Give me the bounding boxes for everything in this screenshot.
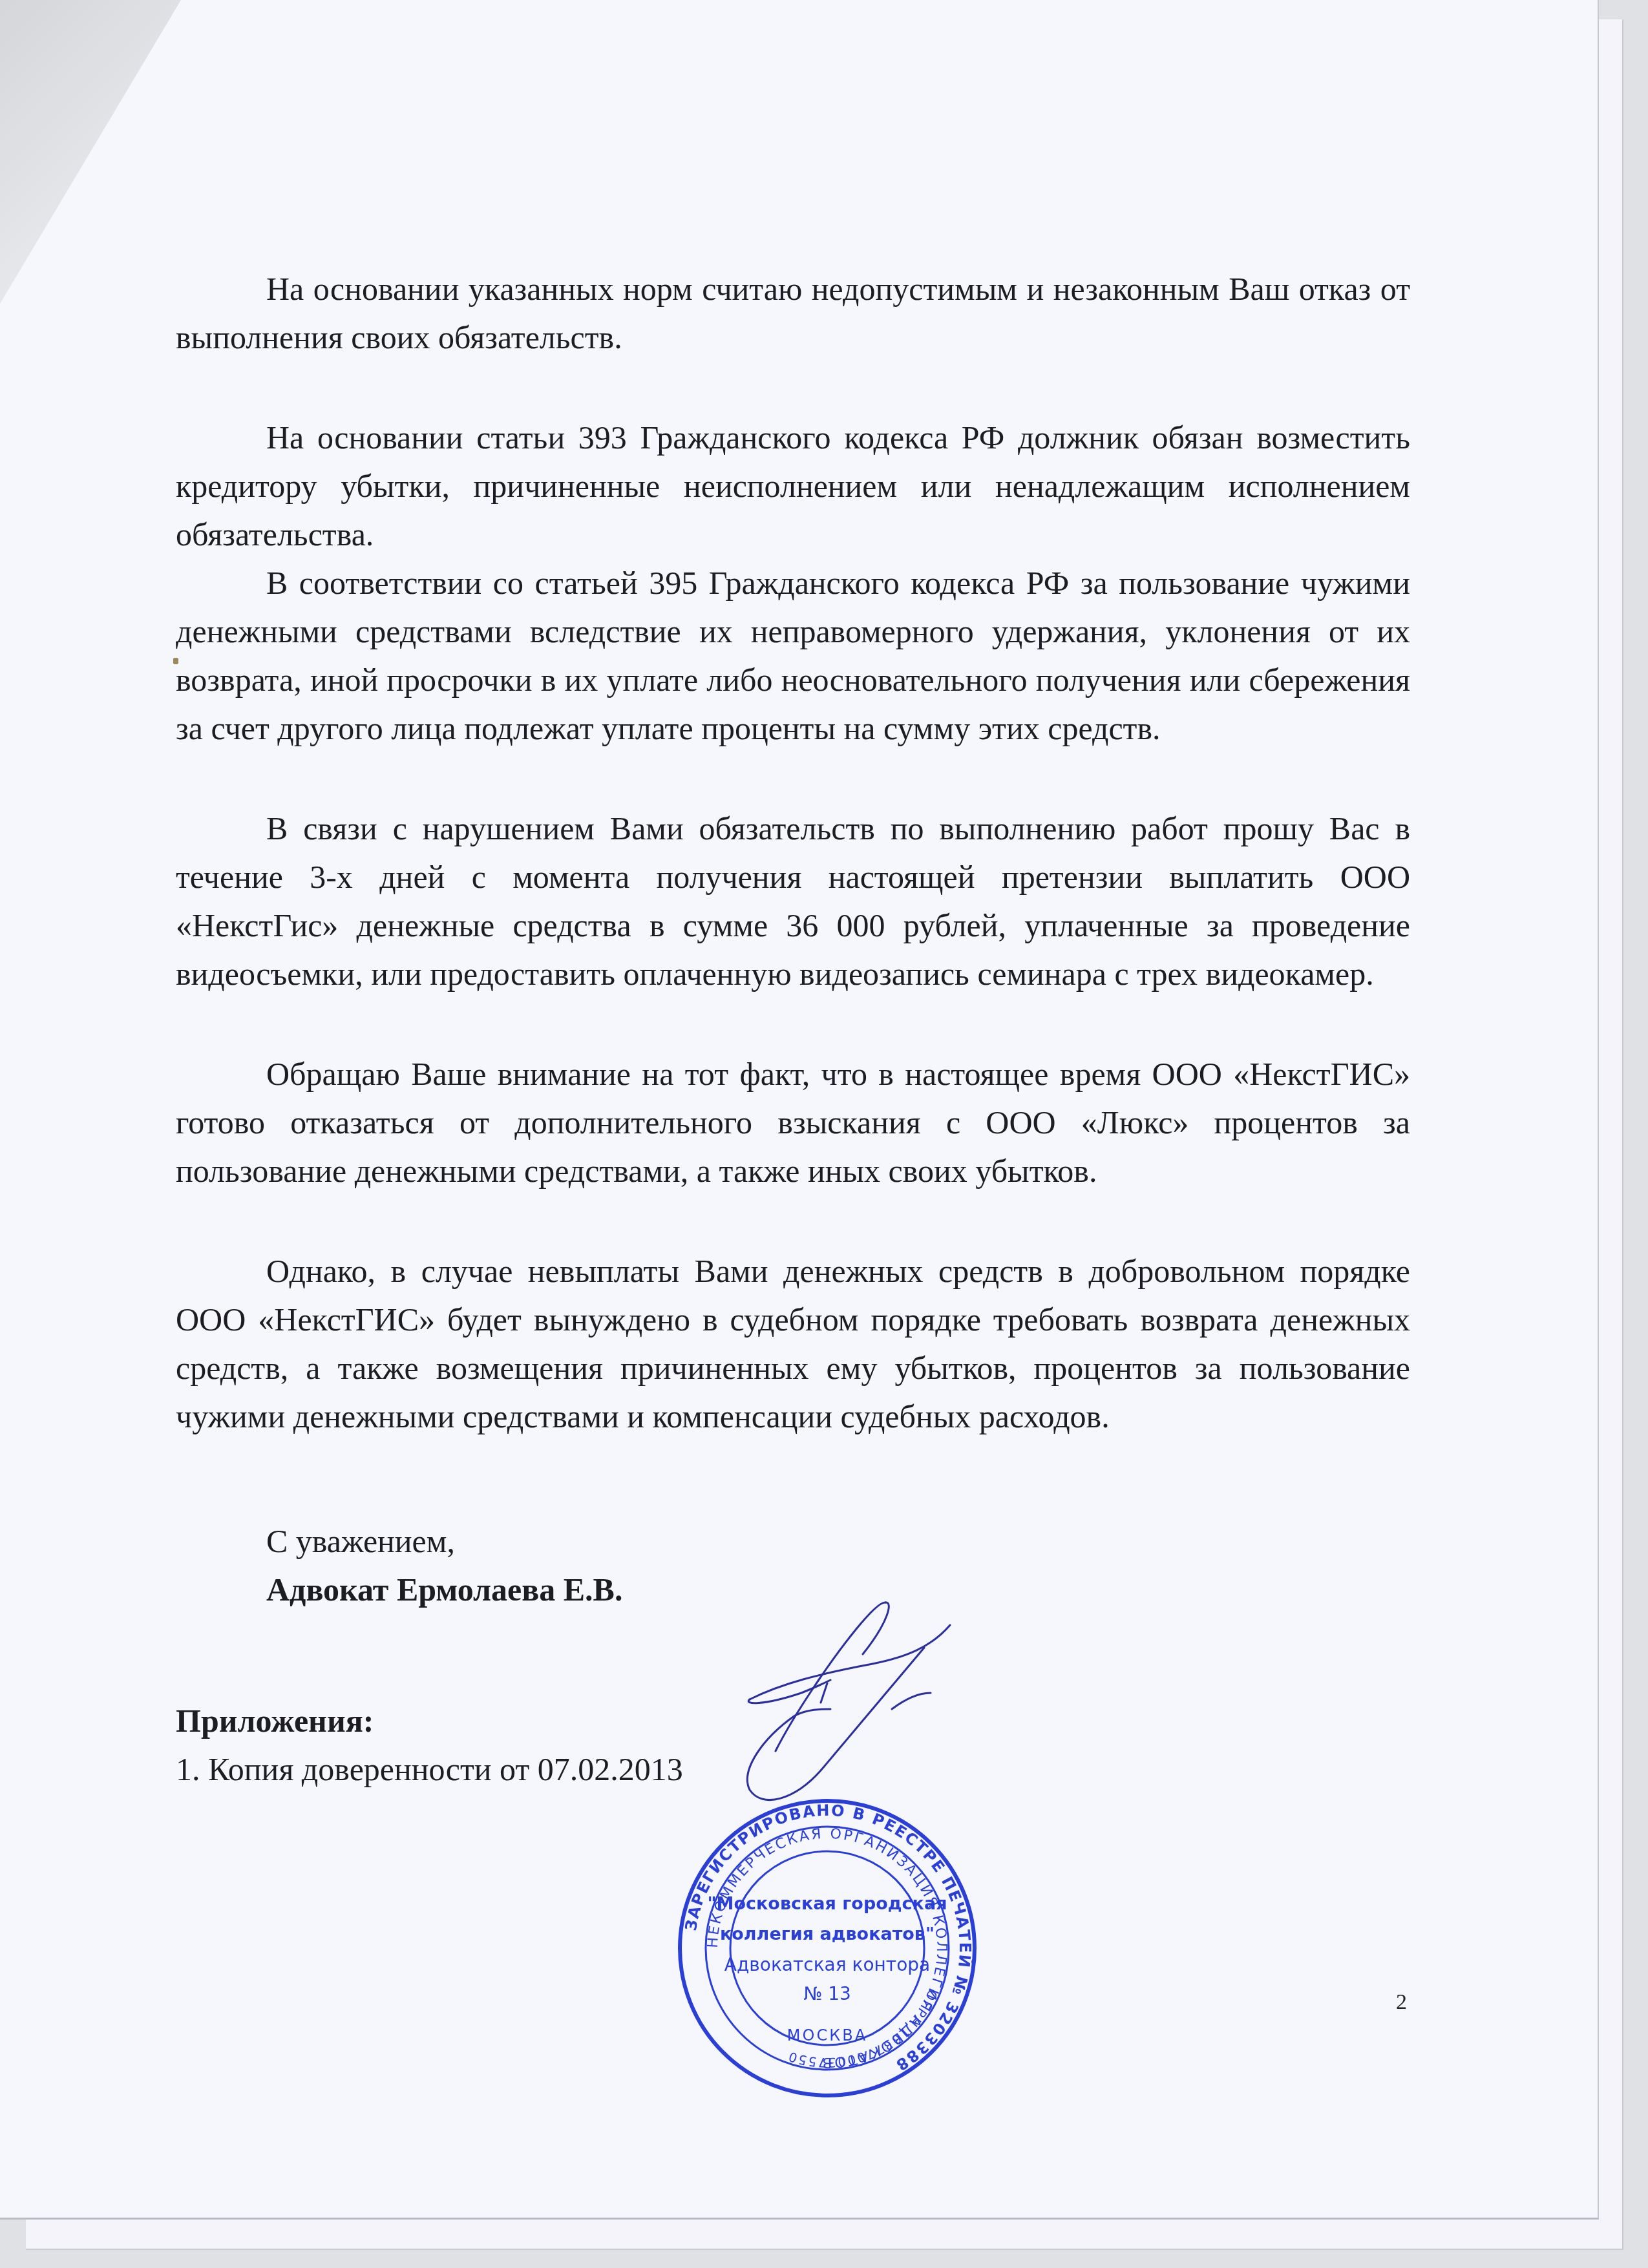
paragraph-warning: Однако, в случае невыплаты Вами денежных… <box>176 1247 1410 1441</box>
page-number: 2 <box>1396 1990 1407 2015</box>
paragraph-article-395: В соответствии со статьей 395 Гражданско… <box>176 559 1410 753</box>
paragraph-norms: На основании указанных норм считаю недоп… <box>176 265 1410 362</box>
stamp-center-line4: № 13 <box>803 1983 851 2004</box>
spacer <box>176 753 1410 804</box>
letter-body: На основании указанных норм считаю недоп… <box>176 265 1410 1794</box>
salutation: С уважением, <box>266 1517 1410 1566</box>
signature-icon <box>724 1577 1034 1809</box>
stamp-center-line2: коллегия адвокатов" <box>720 1924 935 1944</box>
stamp-icon: ЗАРЕГИСТРИРОВАНО В РЕЕСТРЕ ПЕЧАТЕЙ № 320… <box>675 1796 979 2100</box>
stamp-center-line1: "Московская городская <box>708 1894 947 1914</box>
stamp-center-line3: Адвокатская контора <box>724 1954 930 1975</box>
spacer <box>176 998 1410 1050</box>
spacer <box>176 1195 1410 1247</box>
stamp-city: МОСКВА <box>787 2026 867 2044</box>
document-page: На основании указанных норм считаю недоп… <box>0 0 1599 2220</box>
spacer <box>176 362 1410 414</box>
paragraph-notice: Обращаю Ваше внимание на тот факт, что в… <box>176 1050 1410 1195</box>
paragraph-demand: В связи с нарушением Вами обязательств п… <box>176 804 1410 998</box>
paragraph-article-393: На основании статьи 393 Гражданского код… <box>176 414 1410 559</box>
